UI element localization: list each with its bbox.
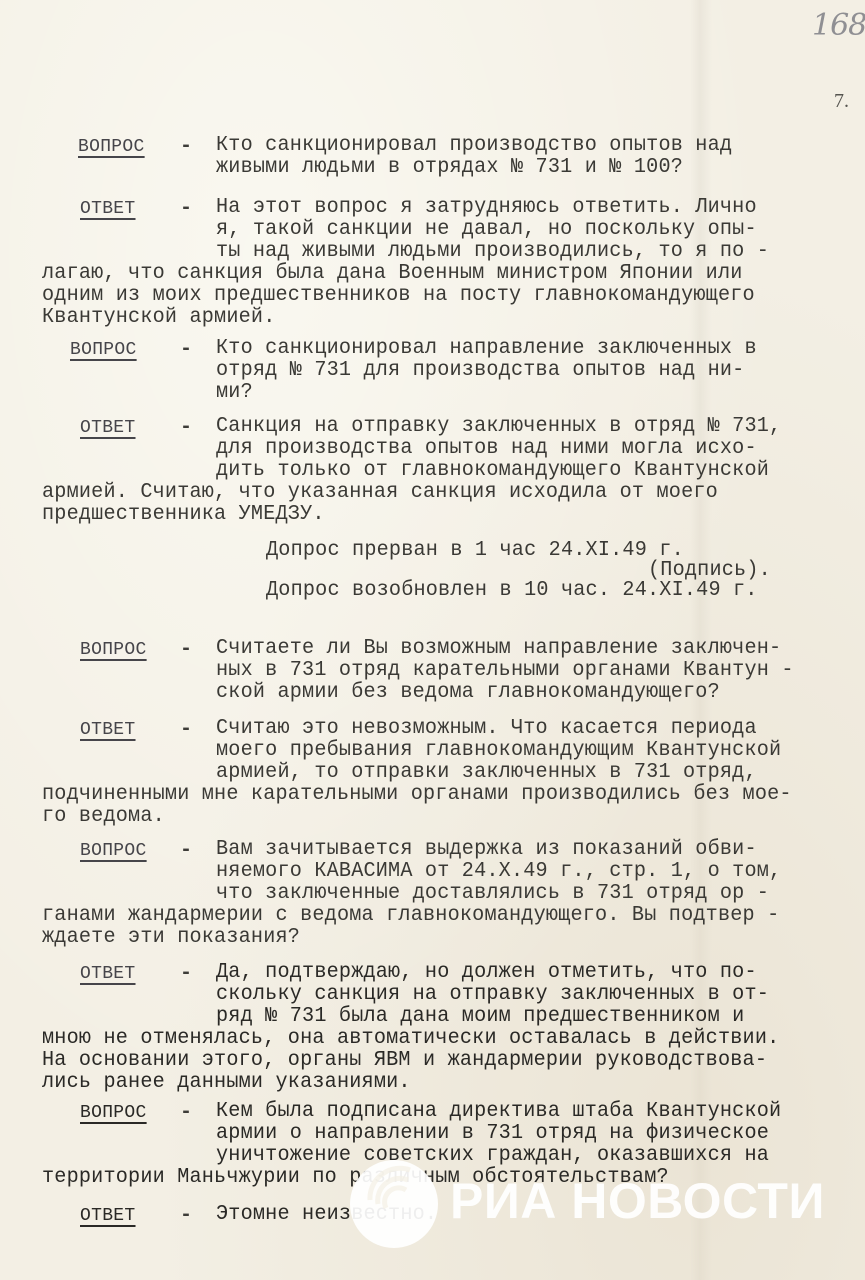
ria-logo-icon xyxy=(350,1160,438,1248)
question-line: Считаете ли Вы возможным направление зак… xyxy=(216,638,781,660)
question-line: Кто санкционировал направление заключенн… xyxy=(216,338,757,360)
dash: - xyxy=(180,839,192,862)
question-line: ганами жандармерии с ведома главнокоманд… xyxy=(42,905,779,927)
page-number: 7. xyxy=(834,90,849,113)
question-label: ВОПРОС xyxy=(70,340,137,360)
answer-line: я, такой санкции не давал, но поскольку … xyxy=(216,219,757,241)
question-line: Кем была подписана директива штаба Квант… xyxy=(216,1101,781,1123)
answer-line: Да, подтверждаю, но должен отметить, что… xyxy=(216,962,757,984)
question-label: ВОПРОС xyxy=(80,1103,147,1123)
interrogation-resumed-note: Допрос возобновлен в 10 час. 24.XI.49 г. xyxy=(266,580,758,602)
question-label: ВОПРОС xyxy=(80,640,147,660)
answer-line: предшественника УМЕДЗУ. xyxy=(42,504,325,526)
question-line: ждаете эти показания? xyxy=(42,927,300,949)
answer-line: Считаю это невозможным. Что касается пер… xyxy=(216,718,757,740)
dash: - xyxy=(180,638,192,661)
dash: - xyxy=(180,197,192,220)
question-line: ской армии без ведома главнокомандующего… xyxy=(216,682,720,704)
question-label: ВОПРОС xyxy=(80,841,147,861)
answer-line: Квантунской армией. xyxy=(42,307,276,329)
answer-label: ОТВЕТ xyxy=(80,418,136,438)
answer-label: ОТВЕТ xyxy=(80,1206,136,1226)
answer-line: лись ранее данными указаниями. xyxy=(42,1072,411,1094)
question-line: армии о направлении в 731 отряд на физич… xyxy=(216,1123,769,1145)
watermark-text: РИА НОВОСТИ xyxy=(450,1172,825,1230)
question-line: няемого КАВАСИМА от 24.X.49 г., стр. 1, … xyxy=(216,861,781,883)
question-line: живыми людьми в отрядах № 731 и № 100? xyxy=(216,157,683,179)
answer-line: моего пребывания главнокомандующим Квант… xyxy=(216,740,781,762)
answer-line: Санкция на отправку заключенных в отряд … xyxy=(216,416,781,438)
answer-line: лагаю, что санкция была дана Военным мин… xyxy=(42,263,743,285)
question-line: отряд № 731 для производства опытов над … xyxy=(216,360,744,382)
question-line: Вам зачитывается выдержка из показаний о… xyxy=(216,839,757,861)
answer-line: для производства опытов над ними могла и… xyxy=(216,438,757,460)
dash: - xyxy=(180,718,192,741)
interrogation-interrupted-note: Допрос прерван в 1 час 24.XI.49 г. xyxy=(266,540,684,562)
answer-line: одним из моих предшественников на посту … xyxy=(42,285,755,307)
answer-line: скольку санкция на отправку заключенных … xyxy=(216,984,769,1006)
answer-line: армией, то отправки заключенных в 731 от… xyxy=(216,762,757,784)
archive-sheet-number: 168 xyxy=(812,8,865,43)
answer-line: подчиненными мне карательными органами п… xyxy=(42,784,792,806)
dash: - xyxy=(180,1101,192,1124)
answer-line: дить только от главнокомандующего Кванту… xyxy=(216,460,769,482)
answer-line: На этот вопрос я затрудняюсь ответить. Л… xyxy=(216,197,757,219)
answer-line: На основании этого, органы ЯВМ и жандарм… xyxy=(42,1050,767,1072)
answer-line: го ведома. xyxy=(42,806,165,828)
answer-label: ОТВЕТ xyxy=(80,964,136,984)
dash: - xyxy=(180,1204,192,1227)
question-label: ВОПРОС xyxy=(78,137,145,157)
dash: - xyxy=(180,416,192,439)
answer-line: ты над живыми людьми производились, то я… xyxy=(216,241,769,263)
answer-line: ряд № 731 была дана моим предшественнико… xyxy=(216,1006,744,1028)
ria-novosti-watermark: РИА НОВОСТИ xyxy=(350,1160,850,1260)
question-line: что заключенные доставлялись в 731 отряд… xyxy=(216,883,769,905)
question-line: Кто санкционировал производство опытов н… xyxy=(216,135,732,157)
dash: - xyxy=(180,135,192,158)
answer-line: мною не отменялась, она автоматически ос… xyxy=(42,1028,779,1050)
answer-label: ОТВЕТ xyxy=(80,199,136,219)
dash: - xyxy=(180,338,192,361)
answer-label: ОТВЕТ xyxy=(80,720,136,740)
question-line: ных в 731 отряд карательными органами Кв… xyxy=(216,660,794,682)
answer-line: армией. Считаю, что указанная санкция ис… xyxy=(42,482,718,504)
dash: - xyxy=(180,962,192,985)
question-line: ми? xyxy=(216,382,253,404)
